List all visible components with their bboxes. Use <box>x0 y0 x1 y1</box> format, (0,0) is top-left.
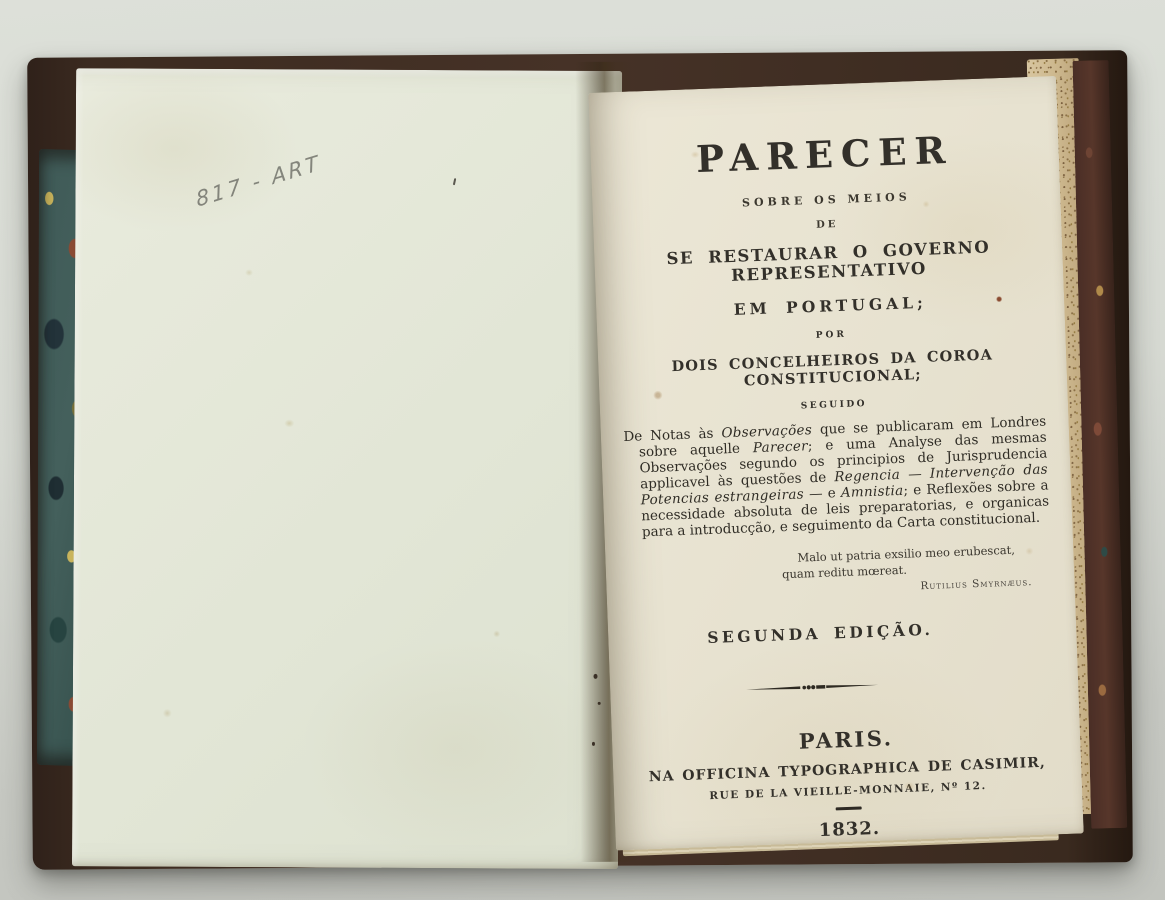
desc-seg: — <box>900 466 930 483</box>
left-blank-page: 817 - ART <box>72 68 622 869</box>
desc-seg: — e <box>804 485 841 502</box>
subtitle-line-2: DE <box>593 211 1061 239</box>
gutter-speck <box>593 674 597 679</box>
description-paragraph: De Notas às Observações que se publicara… <box>623 414 1050 541</box>
book-title: PARECER <box>590 124 1059 185</box>
epigraph: Malo ut patria exsilio meo erubescat, qu… <box>781 542 1045 599</box>
imprint-city: PARIS. <box>612 718 1081 760</box>
subtitle-line-1: SOBRE OS MEIOS <box>592 185 1060 215</box>
foxing-spot <box>163 709 172 718</box>
book: 817 - ART PARECER SOBRE OS MEIOS DE SE R… <box>27 50 1133 870</box>
title-page-text: PARECER SOBRE OS MEIOS DE SE RESTAURAR O… <box>588 76 1083 851</box>
foxing-spot <box>284 419 294 427</box>
edition-statement: SEGUNDA EDIÇÃO. <box>586 615 1054 651</box>
handwritten-inscription: 817 - ART <box>194 151 322 212</box>
imprint-divider-dash <box>836 806 862 810</box>
ornament-rule-svg <box>746 679 878 694</box>
byline-pre: POR <box>597 322 1065 349</box>
byline-authors: DOIS CONCELHEIROS DA COROA CONSTITUCIONA… <box>598 344 1067 395</box>
subtitle-line-3: SE RESTAURAR O GOVERNO REPRESENTATIVO <box>594 235 1063 290</box>
photo-backdrop: 817 - ART PARECER SOBRE OS MEIOS DE SE R… <box>0 0 1165 900</box>
ornament-rule <box>578 668 1046 704</box>
title-page: PARECER SOBRE OS MEIOS DE SE RESTAURAR O… <box>588 76 1083 851</box>
foxing-spot <box>493 630 500 637</box>
foxing-spot <box>245 269 253 276</box>
gutter-speck <box>592 742 595 746</box>
pencil-mark <box>453 178 456 185</box>
subtitle-line-4: EM PORTUGAL; <box>596 288 1064 324</box>
